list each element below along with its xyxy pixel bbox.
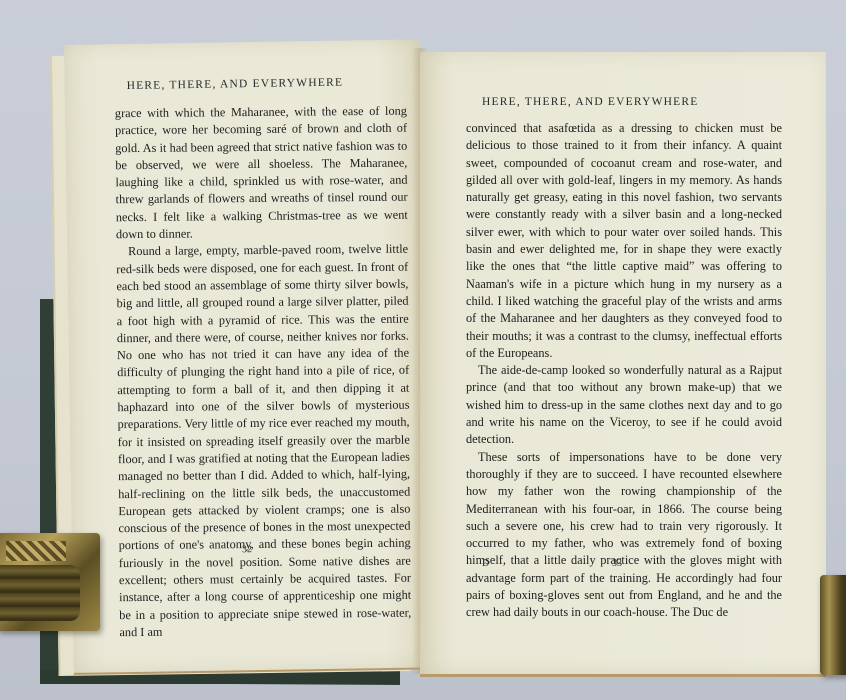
signature-mark: D <box>482 558 489 569</box>
right-page: HERE, THERE, AND EVERYWHERE convinced th… <box>420 52 826 677</box>
right-running-head: HERE, THERE, AND EVERYWHERE <box>482 96 699 108</box>
lattice-pattern <box>6 541 66 561</box>
left-page-text: grace with which the Maharanee, with the… <box>115 103 412 642</box>
left-page: HERE, THERE, AND EVERYWHERE grace with w… <box>64 39 430 675</box>
right-page-number: 33 <box>612 558 622 569</box>
left-page-number: 32 <box>242 544 252 555</box>
brass-bookstand-weight-right <box>820 575 846 675</box>
right-page-text: convinced that asafœtida as a dressing t… <box>466 120 782 622</box>
photo-scene: HERE, THERE, AND EVERYWHERE grace with w… <box>0 0 846 700</box>
brass-bookstand-weight-left <box>0 533 100 631</box>
right-paragraph-1: convinced that asafœtida as a dressing t… <box>466 120 782 362</box>
left-paragraph-1: grace with which the Maharanee, with the… <box>115 103 408 244</box>
left-running-head: HERE, THERE, AND EVERYWHERE <box>127 77 344 92</box>
brass-bars <box>0 565 80 621</box>
right-paragraph-3: These sorts of impersonations have to be… <box>466 449 782 622</box>
left-paragraph-2: Round a large, empty, marble-paved room,… <box>116 241 411 641</box>
right-paragraph-2: The aide-de-camp looked so wonderfully n… <box>466 362 782 448</box>
